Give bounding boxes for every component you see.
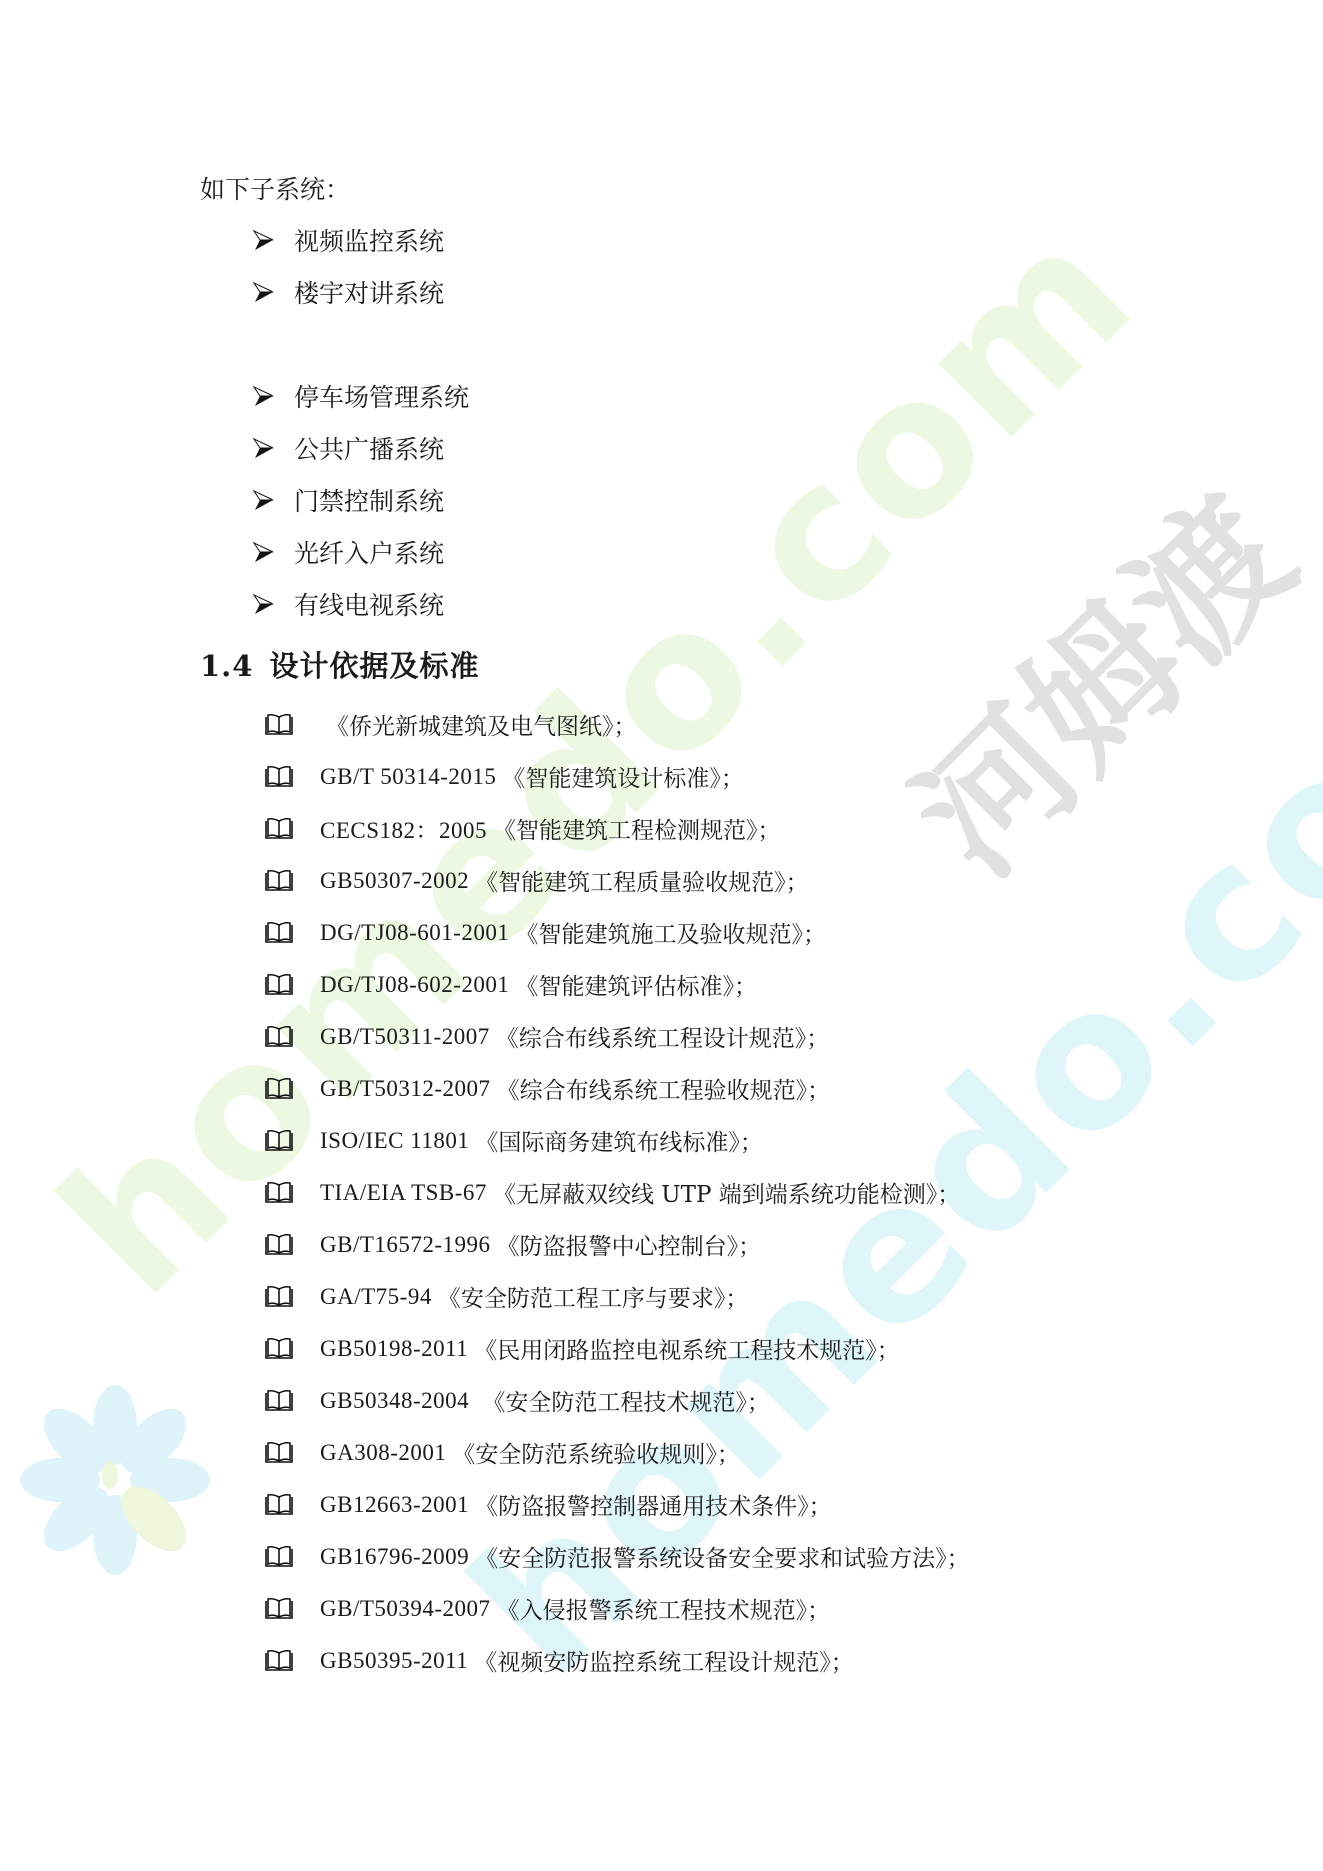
standard-item: GB50198-2011《民用闭路监控电视系统工程技术规范》； [264,1332,900,1365]
subsystem-item: 视频监控系统 [252,222,444,258]
standard-item: GB50395-2011《视频安防监控系统工程设计规范》； [264,1644,854,1677]
open-book-icon [264,869,294,893]
open-book-icon [264,1649,294,1673]
open-book-icon [264,1181,294,1205]
standard-code: GB/T 50314-2015 [320,764,496,790]
standard-title: 《无屏蔽双绞线 UTP 端到端系统功能检测》； [493,1176,960,1209]
standard-title: 《民用闭路监控电视系统工程技术规范》； [474,1332,900,1365]
subsystem-label: 公共广播系统 [294,430,444,466]
document-page: 如下子系统： 视频监控系统 楼宇对讲系统 停车场管理系统 公共广播系统 门禁控制… [0,0,1323,1871]
open-book-icon [264,713,294,737]
standard-title: 《智能建筑设计标准》； [502,760,744,793]
arrowhead-bullet-icon [252,593,274,615]
standard-title: 《综合布线系统工程设计规范》； [496,1020,830,1053]
standard-code: DG/TJ08-601-2001 [320,920,509,946]
subsystem-item: 光纤入户系统 [252,534,444,570]
standard-item: CECS182：2005《智能建筑工程检测规范》； [264,812,781,845]
section-heading: 1.4设计依据及标准 [200,644,479,685]
subsystem-item: 有线电视系统 [252,586,444,622]
standard-title: 《国际商务建筑布线标准》； [475,1124,763,1157]
standard-item: GB/T50312-2007《综合布线系统工程验收规范》； [264,1072,830,1105]
subsystem-label: 楼宇对讲系统 [294,274,444,310]
standard-item: GB50307-2002《智能建筑工程质量验收规范》； [264,864,809,897]
subsystem-label: 光纤入户系统 [294,534,444,570]
standard-code: GB/T50394-2007 [320,1596,491,1622]
standard-code: GA308-2001 [320,1440,446,1466]
standard-title: 《安全防范报警系统设备安全要求和试验方法》； [475,1540,970,1573]
standard-item: DG/TJ08-602-2001《智能建筑评估标准》； [264,968,757,1001]
standard-title: 《侨光新城建筑及电气图纸》； [326,708,637,741]
standard-code: GB50395-2011 [320,1648,468,1674]
standard-title: 《防盗报警中心控制台》； [497,1228,762,1261]
standard-item: TIA/EIA TSB-67《无屏蔽双绞线 UTP 端到端系统功能检测》； [264,1176,960,1209]
standard-item: DG/TJ08-601-2001《智能建筑施工及验收规范》； [264,916,826,949]
arrowhead-bullet-icon [252,229,274,251]
open-book-icon [264,1337,294,1361]
subsystem-label: 停车场管理系统 [294,378,469,414]
subsystem-label: 门禁控制系统 [294,482,444,518]
open-book-icon [264,1545,294,1569]
section-title: 设计依据及标准 [269,649,479,683]
standard-item: GB12663-2001《防盗报警控制器通用技术条件》； [264,1488,832,1521]
open-book-icon [264,1441,294,1465]
open-book-icon [264,1493,294,1517]
standard-title: 《视频安防监控系统工程设计规范》； [474,1644,854,1677]
standard-item: GB/T 50314-2015《智能建筑设计标准》； [264,760,744,793]
standard-item: GA308-2001《安全防范系统验收规则》； [264,1436,740,1469]
arrowhead-bullet-icon [252,541,274,563]
subsystem-item: 停车场管理系统 [252,378,469,414]
subsystem-item: 门禁控制系统 [252,482,444,518]
standard-code: GB50198-2011 [320,1336,468,1362]
open-book-icon [264,1389,294,1413]
standard-title: 《智能建筑施工及验收规范》； [515,916,826,949]
standard-title: 《防盗报警控制器通用技术条件》； [475,1488,832,1521]
open-book-icon [264,1077,294,1101]
arrowhead-bullet-icon [252,385,274,407]
arrowhead-bullet-icon [252,437,274,459]
standard-code: GA/T75-94 [320,1284,432,1310]
standard-item: GB/T16572-1996《防盗报警中心控制台》； [264,1228,761,1261]
intro-text: 如下子系统： [200,170,350,206]
subsystem-label: 有线电视系统 [294,586,444,622]
standard-item: GA/T75-94《安全防范工程工序与要求》； [264,1280,748,1313]
standard-title: 《综合布线系统工程验收规范》； [497,1072,831,1105]
open-book-icon [264,1129,294,1153]
standard-code: GB12663-2001 [320,1492,469,1518]
standard-title: 《安全防范系统验收规则》； [452,1436,740,1469]
standard-code: CECS182：2005 [320,812,487,845]
subsystem-item: 楼宇对讲系统 [252,274,444,310]
open-book-icon [264,1025,294,1049]
standard-item: 《侨光新城建筑及电气图纸》； [264,708,637,741]
standard-item: GB/T50311-2007《综合布线系统工程设计规范》； [264,1020,829,1053]
arrowhead-bullet-icon [252,281,274,303]
standard-code: DG/TJ08-602-2001 [320,972,509,998]
standard-code: GB50307-2002 [320,868,469,894]
standard-title: 《智能建筑评估标准》； [515,968,757,1001]
open-book-icon [264,765,294,789]
standard-title: 《入侵报警系统工程技术规范》； [497,1592,831,1625]
subsystem-item: 公共广播系统 [252,430,444,466]
subsystem-label: 视频监控系统 [294,222,444,258]
open-book-icon [264,1597,294,1621]
open-book-icon [264,1285,294,1309]
open-book-icon [264,973,294,997]
open-book-icon [264,921,294,945]
standard-code: GB/T16572-1996 [320,1232,491,1258]
standard-item: ISO/IEC 11801《国际商务建筑布线标准》； [264,1124,763,1157]
arrowhead-bullet-icon [252,489,274,511]
standard-code: ISO/IEC 11801 [320,1128,469,1154]
standard-item: GB16796-2009《安全防范报警系统设备安全要求和试验方法》； [264,1540,970,1573]
standard-code: GB50348-2004 [320,1388,469,1414]
standard-code: TIA/EIA TSB-67 [320,1180,487,1206]
standard-code: GB/T50311-2007 [320,1024,490,1050]
standard-item: GB/T50394-2007《入侵报警系统工程技术规范》； [264,1592,830,1625]
standard-title: 《智能建筑工程质量验收规范》； [475,864,809,897]
standard-title: 《安全防范工程技术规范》； [475,1384,770,1417]
section-number: 1.4 [200,649,253,683]
open-book-icon [264,1233,294,1257]
standard-code: GB16796-2009 [320,1544,469,1570]
standard-title: 《智能建筑工程检测规范》； [493,812,781,845]
standard-title: 《安全防范工程工序与要求》； [438,1280,749,1313]
open-book-icon [264,817,294,841]
standard-item: GB50348-2004 《安全防范工程技术规范》； [264,1384,770,1417]
standard-code: GB/T50312-2007 [320,1076,491,1102]
